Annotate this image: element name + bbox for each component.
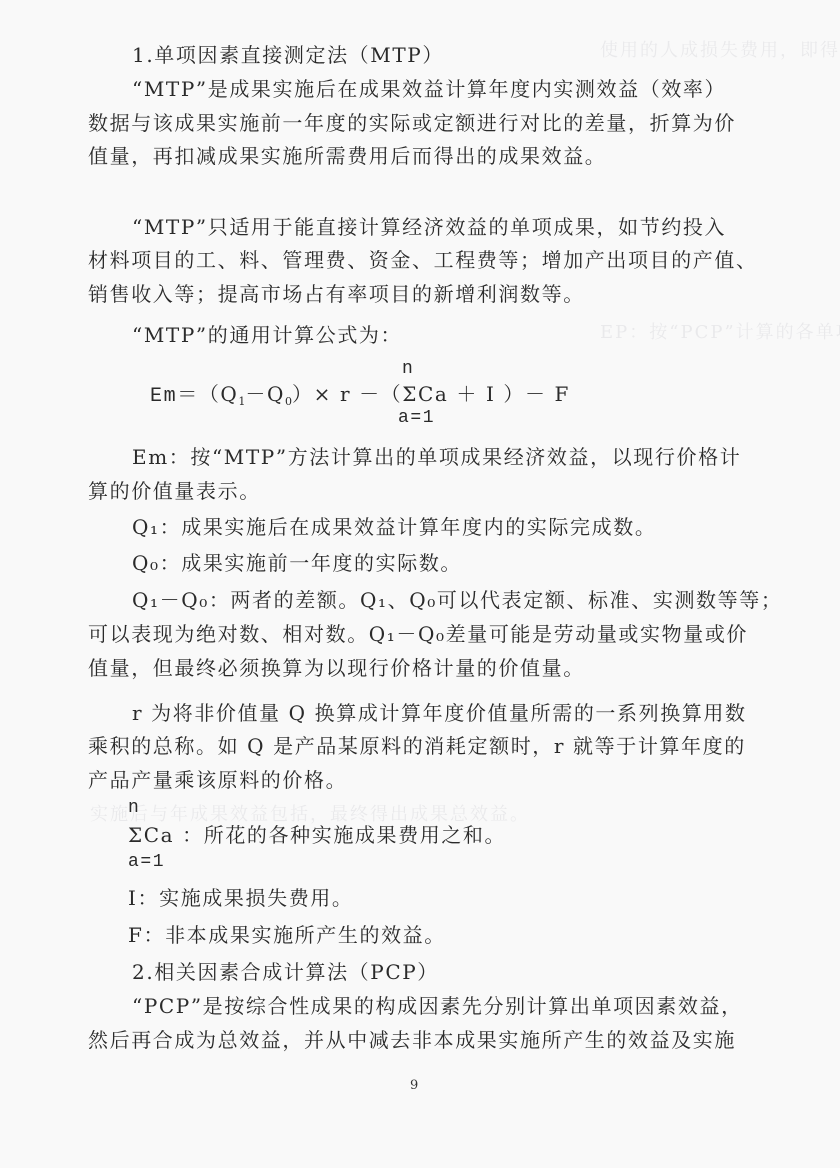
bleed-through: EP：按“PCP”计算的各单项因素效益	[600, 318, 840, 344]
definition-r: 乘积的总称。如 Q 是产品某原料的消耗定额时，r 就等于计算年度的	[88, 733, 746, 759]
formula-lhs: Em＝	[150, 385, 199, 408]
section-1-heading: 1.单项因素直接测定法（MTP）	[132, 42, 444, 68]
formula-part: （Q	[199, 382, 239, 406]
paragraph-text: “MTP”只适用于能直接计算经济效益的单项成果，如节约投入	[132, 214, 726, 240]
paragraph-text: 材料项目的工、料、管理费、资金、工程费等；增加产出项目的产值、	[88, 247, 758, 273]
formula-expression: Em＝（Q1－Q0）× r －（ΣCa ＋ I ）－ F	[150, 381, 570, 415]
formula-part: －Q	[245, 382, 285, 406]
sum-upper-limit: n	[402, 356, 414, 382]
definition-i: I：实施成果损失费用。	[128, 885, 354, 911]
paragraph-text: 值量，再扣减成果实施所需费用后而得出的成果效益。	[88, 143, 606, 169]
paragraph-text: 销售收入等；提高市场占有率项目的新增利润数等。	[88, 281, 585, 307]
sum-lower-limit: a=1	[128, 849, 165, 875]
definition-f: F：非本成果实施所产生的效益。	[128, 922, 446, 948]
section-2-heading: 2.相关因素合成计算法（PCP）	[132, 959, 439, 985]
paragraph-text: 然后再合成为总效益，并从中减去非本成果实施所产生的效益及实施	[88, 1027, 736, 1053]
definition-diff: 可以表现为绝对数、相对数。Q₁－Q₀差量可能是劳动量或实物量或价	[88, 621, 748, 647]
bleed-through: 使用的人成损失费用，即得出本项目效益。	[600, 36, 840, 62]
definition-diff: 值量，但最终必须换算为以现行价格计量的价值量。	[88, 655, 585, 681]
subscript: 0	[285, 395, 292, 408]
page-number: 9	[410, 1078, 418, 1093]
sum-upper-limit: n	[128, 795, 140, 821]
sum-definition-text: ΣCa ：所花的各种实施成果费用之和。	[128, 822, 506, 848]
formula-part: ）× r －（ΣCa ＋ I ）－ F	[292, 382, 570, 406]
paragraph-text: “PCP”是按综合性成果的构成因素先分别计算出单项因素效益，	[132, 993, 743, 1019]
paragraph-text: “MTP”是成果实施后在成果效益计算年度内实测效益（效率）	[132, 76, 726, 102]
definition-q0: Q₀：成果实施前一年度的实际数。	[132, 550, 462, 576]
sum-lower-limit: a=1	[398, 405, 435, 431]
definition-diff: Q₁－Q₀：两者的差额。Q₁、Q₀可以代表定额、标准、实测数等等；	[132, 587, 782, 613]
paragraph-text: “MTP”的通用计算公式为：	[132, 322, 402, 348]
definition-em: Em：按“MTP”方法计算出的单项成果经济效益，以现行价格计	[132, 444, 741, 470]
document-page: 使用的人成损失费用，即得出本项目效益。 EP：按“PCP”计算的各单项因素效益 …	[0, 0, 840, 1168]
definition-q1: Q₁：成果实施后在成果效益计算年度内的实际完成数。	[132, 514, 656, 540]
paragraph-text: 数据与该成果实施前一年度的实际或定额进行对比的差量，折算为价	[88, 110, 736, 136]
definition-r: 产品产量乘该原料的价格。	[88, 767, 347, 793]
definition-em: 算的价值量表示。	[88, 478, 261, 504]
definition-r: r 为将非价值量 Q 换算成计算年度价值量所需的一系列换算用数	[132, 700, 747, 726]
